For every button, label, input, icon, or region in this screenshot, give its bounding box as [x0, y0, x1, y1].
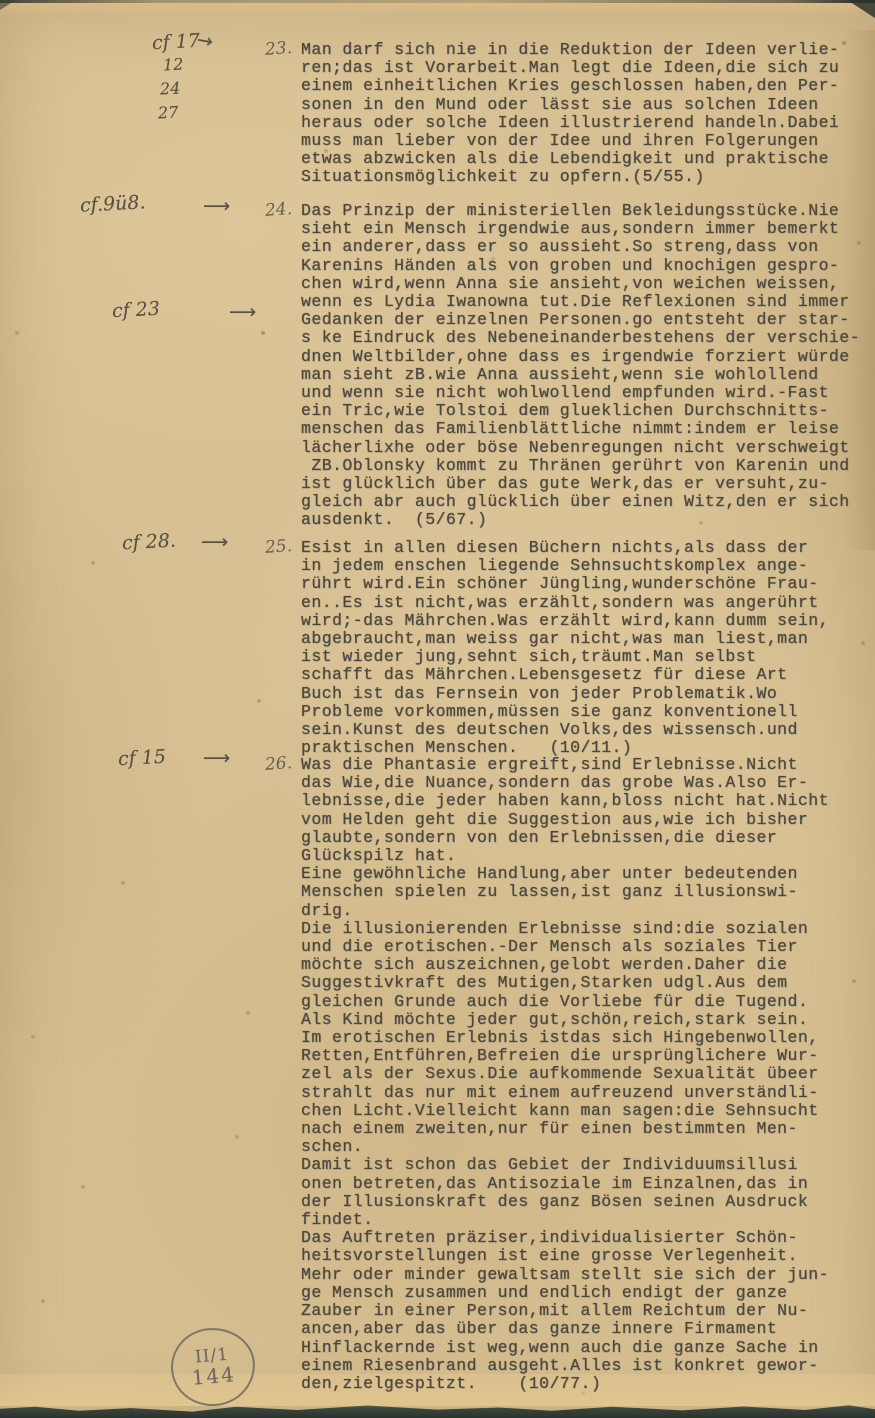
- manuscript-page: cf 17 → 12 24 27 cf.9ü8. ⟶ cf 23 ⟶ cf 28…: [0, 0, 875, 1418]
- entry-number: 24.: [264, 199, 292, 221]
- arrow-icon: ⟶: [201, 533, 228, 552]
- margin-note-cf15: cf 15: [117, 746, 166, 770]
- arrow-icon: ⟶: [203, 197, 230, 216]
- entry-text: Esist in allen diesen Büchern nichts,als…: [301, 539, 829, 757]
- entry-text: Das Prinzip der ministeriellen Bekleidun…: [301, 202, 860, 530]
- entry-number: 23.: [264, 38, 292, 60]
- paper-top-band: [0, 3, 875, 16]
- arrow-icon: ⟶: [203, 749, 230, 768]
- archive-stamp-page-number: 144: [191, 1363, 237, 1389]
- margin-note-number: 24: [160, 78, 181, 98]
- margin-note-cf23: cf 23: [111, 298, 160, 322]
- entry-number: 25.: [264, 536, 292, 558]
- margin-note-number: 27: [158, 102, 179, 122]
- entry-text: Man darf sich nie in die Reduktion der I…: [301, 41, 839, 187]
- entry-number: 26.: [264, 753, 292, 775]
- arrow-icon: ⟶: [229, 303, 256, 322]
- paper-specks: [0, 0, 2, 2]
- margin-note-cf28: cf 28.: [121, 530, 176, 555]
- margin-note-number: 12: [163, 54, 184, 74]
- arrow-icon: →: [195, 31, 214, 52]
- margin-note-cf17: cf 17: [151, 30, 200, 54]
- entry-text: Was die Phantasie ergreift,sind Erlebnis…: [301, 756, 829, 1393]
- margin-note-cf9u8: cf.9ü8.: [79, 191, 146, 216]
